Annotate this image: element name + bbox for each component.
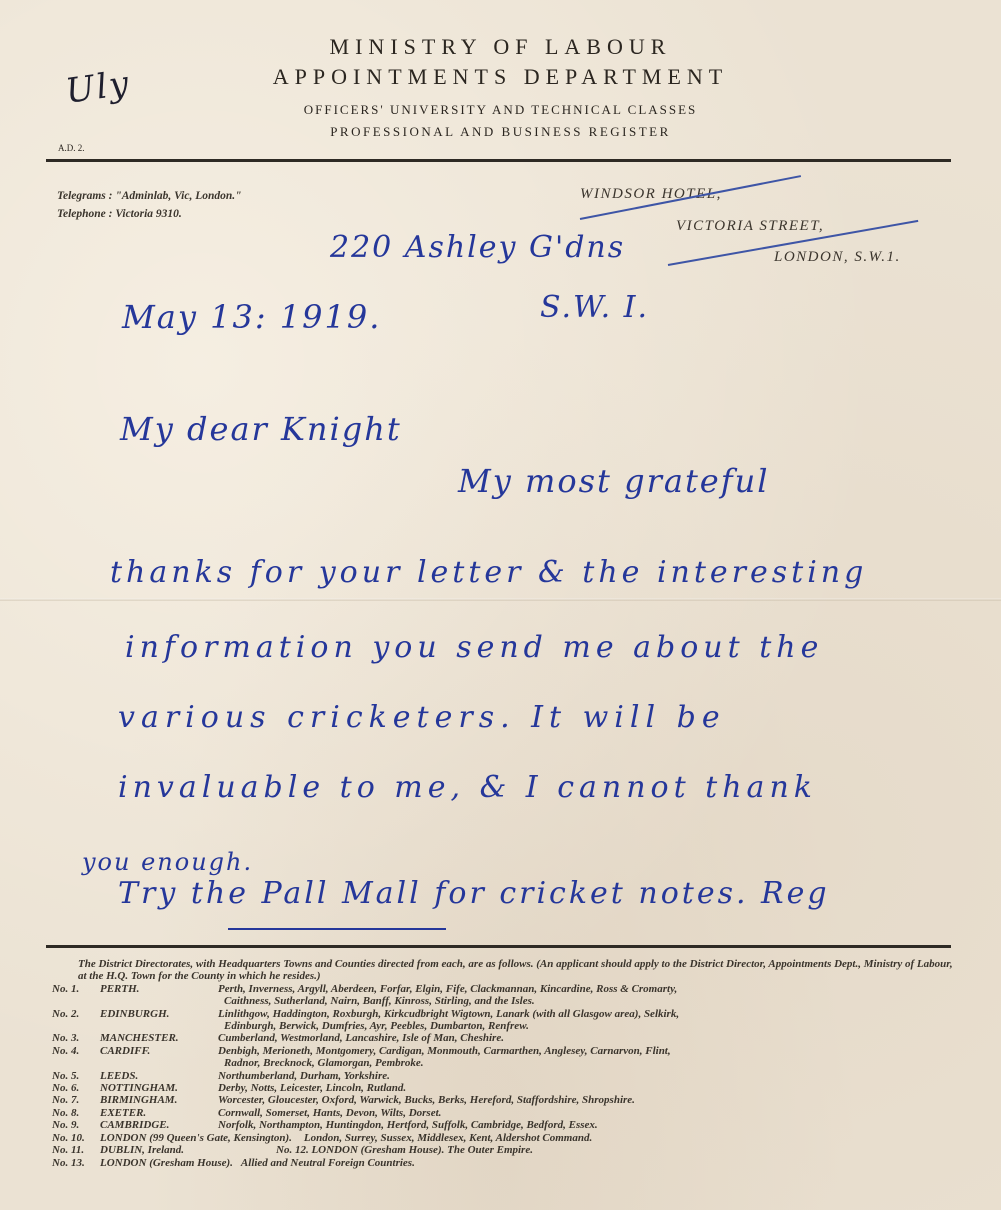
printed-address-line-2: VICTORIA STREET,	[676, 218, 824, 235]
body-line-3: information you send me about the	[125, 630, 823, 665]
body-line-6: you enough.	[82, 848, 253, 876]
header-rule	[46, 159, 951, 162]
directorate-row: No. 8.EXETER.Cornwall, Somerset, Hants, …	[52, 1107, 962, 1119]
letterhead-title: MINISTRY OF LABOUR	[0, 34, 1001, 60]
directorate-row: No. 5.LEEDS.Northumberland, Durham, York…	[52, 1070, 962, 1082]
telegrams-line: Telegrams : "Adminlab, Vic, London."	[57, 190, 242, 202]
directorate-row: No. 2.EDINBURGH.Linlithgow, Haddington, …	[52, 1008, 962, 1020]
district-directorates: The District Directorates, with Headquar…	[52, 958, 962, 1169]
body-line-5: invaluable to me, & I cannot thank	[118, 770, 817, 805]
directorate-continuation: Radnor, Brecknock, Glamorgan, Pembroke.	[52, 1057, 962, 1069]
directorate-row: No. 10.LONDON (99 Queen's Gate, Kensingt…	[52, 1132, 962, 1144]
directorate-row: No. 7.BIRMINGHAM.Worcester, Gloucester, …	[52, 1094, 962, 1106]
footer-rule	[46, 945, 951, 948]
handwritten-address-1: 220 Ashley G'dns	[330, 230, 625, 265]
directorate-row: No. 9.CAMBRIDGE.Norfolk, Northampton, Hu…	[52, 1119, 962, 1131]
directorate-row: No. 4.CARDIFF.Denbigh, Merioneth, Montgo…	[52, 1045, 962, 1057]
letterhead-department: APPOINTMENTS DEPARTMENT	[0, 64, 1001, 90]
directorate-row: No. 3.MANCHESTER.Cumberland, Westmorland…	[52, 1032, 962, 1044]
handwritten-address-2: S.W. I.	[540, 290, 649, 325]
directorate-row: No. 1.PERTH.Perth, Inverness, Argyll, Ab…	[52, 983, 962, 995]
directorate-row: No. 6.NOTTINGHAM.Derby, Notts, Leicester…	[52, 1082, 962, 1094]
body-line-7: Try the Pall Mall for cricket notes. Reg	[118, 876, 830, 911]
form-code: A.D. 2.	[58, 143, 85, 153]
letter-date: May 13: 1919.	[122, 298, 381, 336]
telephone-line: Telephone : Victoria 9310.	[57, 208, 182, 220]
directorate-continuation: Edinburgh, Berwick, Dumfries, Ayr, Peebl…	[52, 1020, 962, 1032]
directorates-intro: The District Directorates, with Headquar…	[52, 958, 962, 983]
body-line-4: various cricketers. It will be	[118, 700, 726, 735]
letterhead-subtitle-2: PROFESSIONAL AND BUSINESS REGISTER	[0, 124, 1001, 140]
body-line-1: My most grateful	[458, 462, 769, 500]
directorate-row: No. 11.DUBLIN, Ireland.No. 12. LONDON (G…	[52, 1144, 962, 1156]
directorate-continuation: Caithness, Sutherland, Nairn, Banff, Kin…	[52, 995, 962, 1007]
letterhead-subtitle-1: OFFICERS' UNIVERSITY AND TECHNICAL CLASS…	[0, 102, 1001, 118]
directorate-row: No. 13.LONDON (Gresham House).Allied and…	[52, 1157, 962, 1169]
salutation: My dear Knight	[120, 410, 402, 448]
underline-the-pall-mall	[228, 928, 446, 930]
paper-fold	[0, 598, 1001, 601]
printed-address-line-3: LONDON, S.W.1.	[774, 249, 901, 266]
body-line-2: thanks for your letter & the interesting	[110, 555, 867, 590]
